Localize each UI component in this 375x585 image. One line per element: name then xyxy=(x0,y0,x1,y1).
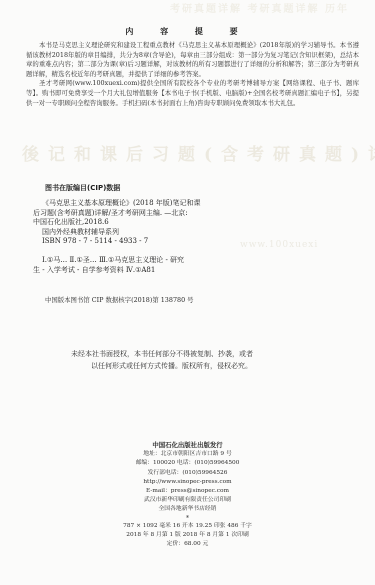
cip-isbn: ISBN 978 - 7 - 5114 - 4933 - 7 xyxy=(33,237,263,247)
copyright-page: 考研真题详解 考研真题详解 历年 後记和课后习题(含考研真题)详解 www.10… xyxy=(0,0,375,585)
copyright-line: 未经本社书面授权，本书任何部分不得被复制、抄袭，或者 xyxy=(71,348,371,360)
cip-classification: 生 - 入学考试 - 自学参考资料 Ⅳ.①A81 xyxy=(33,266,263,276)
cip-data: 《马克思主义基本原理概论》(2018 年版)笔记和课 后习题(含考研真题)详解/… xyxy=(33,199,263,275)
cip-heading: 图书在版编目(CIP)数据 xyxy=(45,183,120,193)
copyright-notice: 未经本社书面授权，本书任何部分不得被复制、抄袭，或者 以任何形式或任何方式传播。… xyxy=(71,348,371,372)
cip-record-number: 中国版本图书馆 CIP 数据核字(2018)第 138780 号 xyxy=(45,295,194,304)
copyright-line: 以任何形式或任何方式传播。版权所有，侵权必究。 xyxy=(71,360,371,372)
summary-title: 内 容 提 要 xyxy=(0,26,375,37)
publisher-address: 地址：北京市朝阳区吉市口路 9 号 xyxy=(0,450,375,459)
summary-body: 本书是马克思主义理论研究和建设工程重点教材《马克思主义基本原理概论》(2018年… xyxy=(26,41,359,108)
cip-line: 后习题(含考研真题)详解/圣才考研网主编. —北京: xyxy=(33,209,263,219)
publisher-info: 中国石化出版社出版发行 地址：北京市朝阳区吉市口路 9 号 邮编：100020 … xyxy=(0,441,375,549)
publisher-email: E-mail：press@sinopec.com xyxy=(0,487,375,496)
separator: * xyxy=(0,515,375,522)
cip-classification: Ⅰ.①马… Ⅱ.①圣… Ⅲ.①马克思主义理论 - 研究 xyxy=(33,256,263,266)
summary-paragraph: 圣才考研网(www.100xuexi.com)提供全国所有院校各个专业的考研考博… xyxy=(26,79,359,108)
show-through-text: 後记和课后习题(含考研真题)详解 xyxy=(22,140,375,165)
summary-paragraph: 本书是马克思主义理论研究和建设工程重点教材《马克思主义基本原理概论》(2018年… xyxy=(26,41,359,79)
format-info: 787 × 1092 毫米 16 开本 19.25 印张 486 千字 xyxy=(0,522,375,531)
show-through-text: 考研真题详解 考研真题详解 历年 xyxy=(170,0,349,15)
publisher-website: http://www.sinopec-press.com xyxy=(0,478,375,487)
distributor-info: 全国各地新华书店经销 xyxy=(0,505,375,514)
publisher-name: 中国石化出版社出版发行 xyxy=(0,441,375,450)
cip-line: 中国石化出版社,2018.6 xyxy=(33,218,263,228)
publisher-postcode-phone: 邮编：100020 电话：(010)59964500 xyxy=(0,459,375,468)
printer-info: 武汉市新华印刷有限责任公司印刷 xyxy=(0,496,375,505)
price: 定价：68.00 元 xyxy=(0,540,375,549)
cip-line: 国内外经典教材辅导系列 xyxy=(33,228,263,238)
cip-line: 《马克思主义基本原理概论》(2018 年版)笔记和课 xyxy=(33,199,263,209)
edition-info: 2018 年 8 月第 1 版 2018 年 8 月第 1 次印刷 xyxy=(0,531,375,540)
publisher-sales-phone: 发行部电话：(010)59964526 xyxy=(0,469,375,478)
